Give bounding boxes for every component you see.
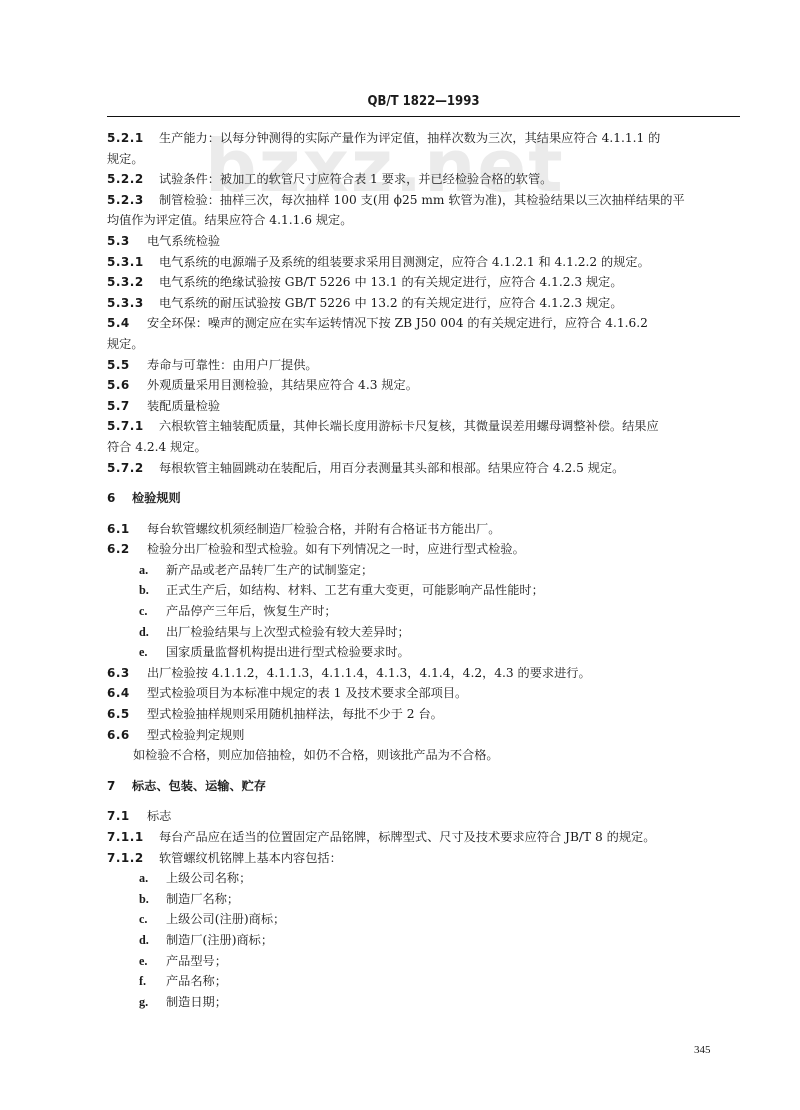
clause-text: 标志: [147, 809, 171, 823]
clause-number: 5.2.3: [107, 190, 159, 211]
clause-text: 检验分出厂检验和型式检验。如有下列情况之一时，应进行型式检验。: [147, 542, 525, 556]
page-header: QB/T 1822—1993: [107, 94, 740, 109]
clause-text: 电气系统检验: [147, 234, 220, 248]
clause-5-3: 5.3电气系统检验: [107, 231, 740, 252]
clause-number: 5.3.1: [107, 252, 159, 273]
list-item: a.新产品或老产品转厂生产的试制鉴定；: [107, 560, 740, 581]
clause-text: 制管检验：抽样三次，每次抽样 100 支(用 ϕ25 mm 软管为准)，其检验结…: [159, 193, 685, 207]
list-item: e.产品型号；: [107, 951, 740, 972]
clause-5-2-1-cont: 规定。: [107, 149, 740, 170]
list-item: f.产品名称；: [107, 971, 740, 992]
clause-number: 7.1.1: [107, 827, 159, 848]
clause-number: 6.4: [107, 683, 147, 704]
clause-number: 7.1: [107, 806, 147, 827]
clause-7-1: 7.1标志: [107, 806, 740, 827]
clause-number: 6.3: [107, 663, 147, 684]
clause-5-5: 5.5寿命与可靠性：由用户厂提供。: [107, 355, 740, 376]
clause-text: 每根软管主轴圆跳动在装配后，用百分表测量其头部和根部。结果应符合 4.2.5 规…: [159, 461, 624, 475]
clause-5-4: 5.4安全环保：噪声的测定应在实车运转情况下按 ZB J50 004 的有关规定…: [107, 313, 740, 334]
section-6-heading: 6检验规则: [107, 488, 740, 509]
list-item: b.正式生产后，如结构、材料、工艺有重大变更，可能影响产品性能时；: [107, 580, 740, 601]
clause-text: 电气系统的绝缘试验按 GB/T 5226 中 13.1 的有关规定进行，应符合 …: [159, 275, 623, 289]
clause-number: 6.6: [107, 725, 147, 746]
clause-number: 5.2.1: [107, 128, 159, 149]
page-number: 345: [694, 1044, 711, 1056]
clause-text: 每台产品应在适当的位置固定产品铭牌，标牌型式、尺寸及技术要求应符合 JB/T 8…: [159, 830, 655, 844]
clause-text: 六根软管主轴装配质量，其伸长端长度用游标卡尺复核，其微量误差用螺母调整补偿。结果…: [159, 419, 659, 433]
clause-text: 软管螺纹机铭牌上基本内容包括：: [159, 851, 342, 865]
clause-5-4-cont: 规定。: [107, 334, 740, 355]
clause-text: 电气系统的耐压试验按 GB/T 5226 中 13.2 的有关规定进行，应符合 …: [159, 296, 623, 310]
clause-text: 型式检验抽样规则采用随机抽样法，每批不少于 2 台。: [147, 707, 443, 721]
clause-6-3: 6.3出厂检验按 4.1.1.2，4.1.1.3，4.1.1.4，4.1.3，4…: [107, 663, 740, 684]
list-item: e.国家质量监督机构提出进行型式检验要求时。: [107, 642, 740, 663]
list-item: d.制造厂(注册)商标；: [107, 930, 740, 951]
clause-6-5: 6.5型式检验抽样规则采用随机抽样法，每批不少于 2 台。: [107, 704, 740, 725]
clause-5-3-1: 5.3.1电气系统的电源端子及系统的组装要求采用目测测定，应符合 4.1.2.1…: [107, 252, 740, 273]
clause-number: 5.6: [107, 375, 147, 396]
clause-number: 6.1: [107, 519, 147, 540]
clause-number: 5.3.2: [107, 272, 159, 293]
section-number: 6: [107, 488, 132, 509]
clause-7-1-2: 7.1.2软管螺纹机铭牌上基本内容包括：: [107, 848, 740, 869]
clause-5-7-2: 5.7.2每根软管主轴圆跳动在装配后，用百分表测量其头部和根部。结果应符合 4.…: [107, 458, 740, 479]
document-body: 5.2.1生产能力：以每分钟测得的实际产量作为评定值，抽样次数为三次，其结果应符…: [107, 128, 740, 1012]
clause-number: 6.5: [107, 704, 147, 725]
clause-number: 5.4: [107, 313, 147, 334]
clause-text: 型式检验项目为本标准中规定的表 1 及技术要求全部项目。: [147, 686, 467, 700]
clause-6-4: 6.4型式检验项目为本标准中规定的表 1 及技术要求全部项目。: [107, 683, 740, 704]
clause-number: 5.7: [107, 396, 147, 417]
section-7-heading: 7标志、包装、运输、贮存: [107, 776, 740, 797]
clause-text: 生产能力：以每分钟测得的实际产量作为评定值，抽样次数为三次，其结果应符合 4.1…: [159, 131, 660, 145]
section-title: 检验规则: [132, 491, 181, 505]
section-number: 7: [107, 776, 132, 797]
list-item: a.上级公司名称；: [107, 868, 740, 889]
clause-number: 5.7.2: [107, 458, 159, 479]
clause-5-6: 5.6外观质量采用目测检验，其结果应符合 4.3 规定。: [107, 375, 740, 396]
clause-7-1-1: 7.1.1每台产品应在适当的位置固定产品铭牌，标牌型式、尺寸及技术要求应符合 J…: [107, 827, 740, 848]
clause-number: 7.1.2: [107, 848, 159, 869]
section-title: 标志、包装、运输、贮存: [132, 779, 266, 793]
clause-5-2-3-cont: 均值作为评定值。结果应符合 4.1.1.6 规定。: [107, 210, 740, 231]
clause-6-1: 6.1每台软管螺纹机须经制造厂检验合格，并附有合格证书方能出厂。: [107, 519, 740, 540]
list-item: g.制造日期；: [107, 992, 740, 1013]
clause-number: 5.7.1: [107, 416, 159, 437]
clause-5-3-3: 5.3.3电气系统的耐压试验按 GB/T 5226 中 13.2 的有关规定进行…: [107, 293, 740, 314]
clause-number: 5.3.3: [107, 293, 159, 314]
clause-6-6: 6.6型式检验判定规则: [107, 725, 740, 746]
clause-number: 5.3: [107, 231, 147, 252]
clause-text: 型式检验判定规则: [147, 728, 245, 742]
clause-number: 5.5: [107, 355, 147, 376]
clause-5-7-1-cont: 符合 4.2.4 规定。: [107, 437, 740, 458]
clause-text: 电气系统的电源端子及系统的组装要求采用目测测定，应符合 4.1.2.1 和 4.…: [159, 255, 650, 269]
clause-6-2: 6.2检验分出厂检验和型式检验。如有下列情况之一时，应进行型式检验。: [107, 539, 740, 560]
clause-5-2-3: 5.2.3制管检验：抽样三次，每次抽样 100 支(用 ϕ25 mm 软管为准)…: [107, 190, 740, 211]
clause-text: 寿命与可靠性：由用户厂提供。: [147, 358, 318, 372]
clause-number: 5.2.2: [107, 169, 159, 190]
list-item: b.制造厂名称；: [107, 889, 740, 910]
list-item: c.上级公司(注册)商标；: [107, 909, 740, 930]
clause-5-2-2: 5.2.2试验条件：被加工的软管尺寸应符合表 1 要求，并已经检验合格的软管。: [107, 169, 740, 190]
clause-5-2-1: 5.2.1生产能力：以每分钟测得的实际产量作为评定值，抽样次数为三次，其结果应符…: [107, 128, 740, 149]
clause-text: 装配质量检验: [147, 399, 220, 413]
clause-text: 外观质量采用目测检验，其结果应符合 4.3 规定。: [147, 378, 418, 392]
clause-text: 安全环保：噪声的测定应在实车运转情况下按 ZB J50 004 的有关规定进行，…: [147, 316, 648, 330]
header-rule: [107, 116, 740, 117]
list-item: c.产品停产三年后，恢复生产时；: [107, 601, 740, 622]
clause-text: 出厂检验按 4.1.1.2，4.1.1.3，4.1.1.4，4.1.3，4.1.…: [147, 666, 591, 680]
clause-6-6-body: 如检验不合格，则应加倍抽检，如仍不合格，则该批产品为不合格。: [107, 745, 740, 766]
clause-5-7-1: 5.7.1六根软管主轴装配质量，其伸长端长度用游标卡尺复核，其微量误差用螺母调整…: [107, 416, 740, 437]
list-item: d.出厂检验结果与上次型式检验有较大差异时；: [107, 622, 740, 643]
clause-text: 每台软管螺纹机须经制造厂检验合格，并附有合格证书方能出厂。: [147, 522, 500, 536]
clause-5-3-2: 5.3.2电气系统的绝缘试验按 GB/T 5226 中 13.1 的有关规定进行…: [107, 272, 740, 293]
clause-number: 6.2: [107, 539, 147, 560]
clause-5-7: 5.7装配质量检验: [107, 396, 740, 417]
clause-text: 试验条件：被加工的软管尺寸应符合表 1 要求，并已经检验合格的软管。: [159, 172, 552, 186]
